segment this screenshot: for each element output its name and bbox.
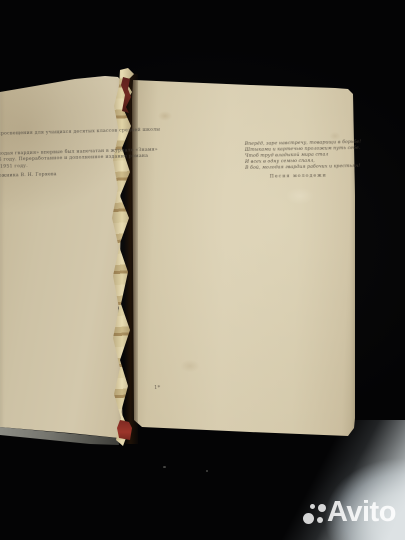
avito-circles-icon [317, 517, 323, 523]
avito-watermark: Avito [298, 497, 405, 537]
right-page [130, 76, 358, 442]
dust-speck [163, 466, 166, 468]
avito-circles-icon [303, 513, 314, 524]
book-photo: Рекомендовано Министерством просвещения … [0, 0, 405, 540]
signature-mark: 1* [154, 385, 160, 391]
avito-circles-icon [310, 504, 315, 509]
avito-brand-text: Avito [327, 498, 396, 527]
imprint-text-block: Рекомендовано Министерством просвещения … [0, 128, 143, 183]
avito-circles-icon [318, 504, 327, 513]
epigraph-block: Вперёд, заре навстречу, товарищи в борьб… [245, 140, 352, 181]
epigraph-line: В бой, молодая гвардия рабочих и крестья… [245, 164, 351, 172]
dust-speck [206, 470, 208, 472]
